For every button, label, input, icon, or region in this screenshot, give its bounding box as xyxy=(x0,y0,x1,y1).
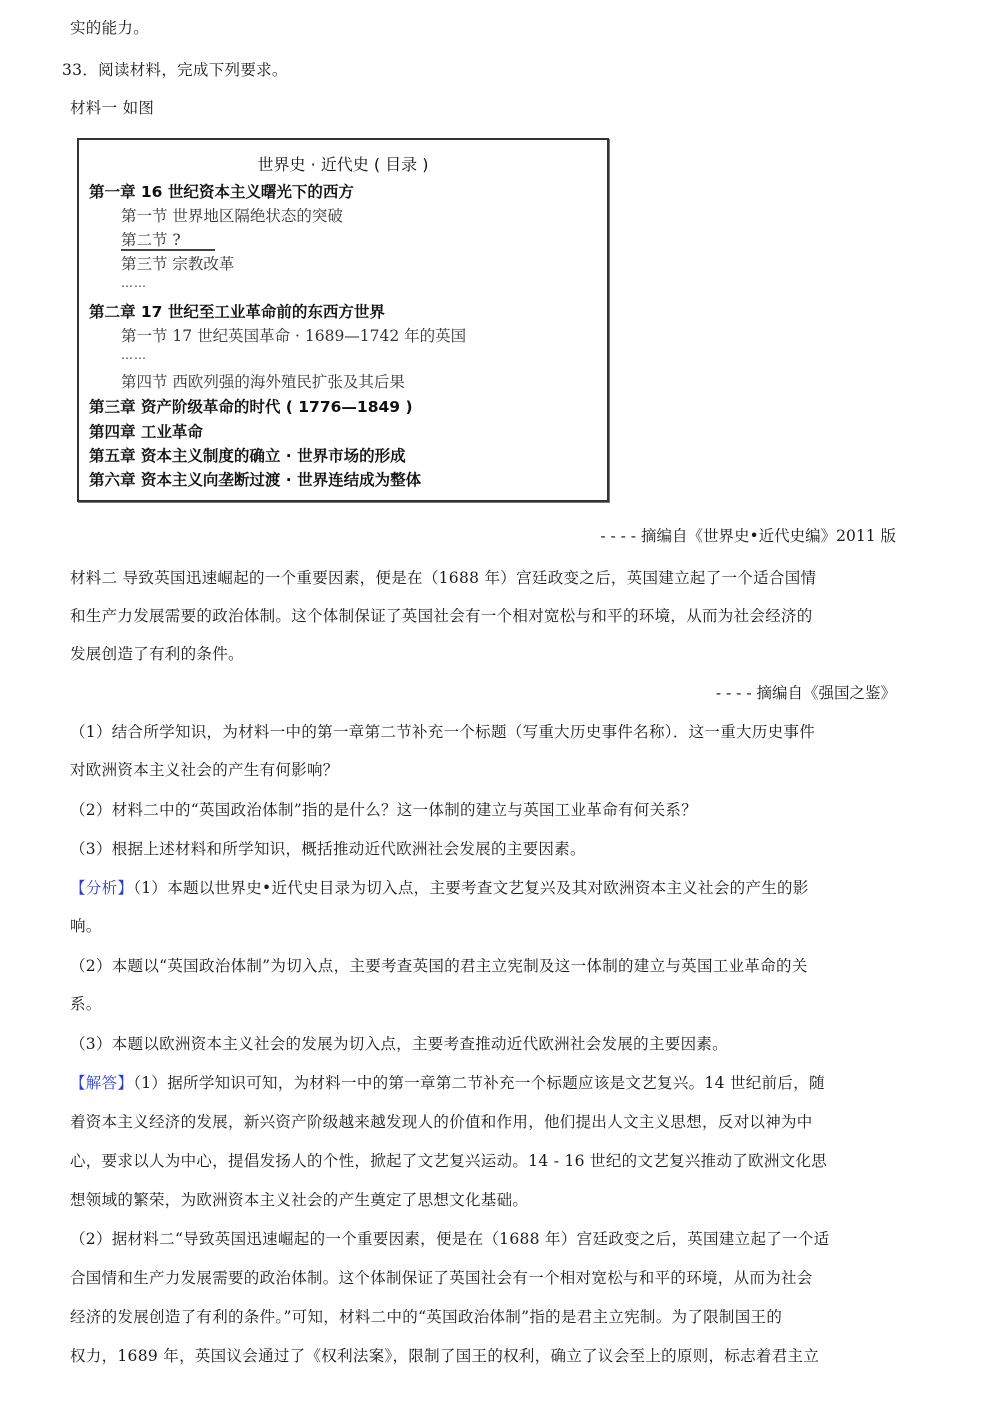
toc-chapter: 第一章 16 世纪资本主义曙光下的西方 xyxy=(89,180,354,202)
answer-line: 心，要求以人为中心，提倡发扬人的个性，掀起了文艺复兴运动。14 - 16 世纪的… xyxy=(70,1150,827,1172)
toc-title: 世界史 · 近代史 ( 目录 ) xyxy=(79,152,607,175)
previous-answer-tail: 实的能力。 xyxy=(70,17,149,39)
material-two-source: - - - - 摘编自《强国之鉴》 xyxy=(716,682,896,704)
question-number: 33． xyxy=(62,61,98,79)
analysis-text: （1）本题以世界史•近代史目录为切入点，主要考查文艺复兴及其对欧洲资本主义社会的… xyxy=(133,879,808,897)
material-one-source: - - - - 摘编自《世界史•近代史编》2011 版 xyxy=(600,525,896,547)
analysis-line: （3）本题以欧洲资本主义社会的发展为切入点，主要考查推动近代欧洲社会发展的主要因… xyxy=(70,1033,728,1055)
answer-line: 经济的发展创造了有利的条件。”可知，材料二中的“英国政治体制”指的是君主立宪制。… xyxy=(70,1306,782,1328)
answer-line: 合国情和生产力发展需要的政治体制。这个体制保证了英国社会有一个相对宽松与和平的环… xyxy=(70,1267,813,1289)
toc-section: 第四节 西欧列强的海外殖民扩张及其后果 xyxy=(121,370,405,392)
toc-blank-underline: 第二节 ? xyxy=(121,231,215,251)
analysis-line: 系。 xyxy=(70,993,102,1015)
sub-question-1: （1）结合所学知识，为材料一中的第一章第二节补充一个标题（写重大历史事件名称）．… xyxy=(70,721,815,743)
answer-line: 权力，1689 年，英国议会通过了《权利法案》，限制了国王的权利，确立了议会至上… xyxy=(70,1345,819,1367)
material-two-line: 发展创造了有利的条件。 xyxy=(70,643,244,665)
analysis-line: 响。 xyxy=(70,915,102,937)
answer-text: （1）据所学知识可知，为材料一中的第一章第二节补充一个标题应该是文艺复兴。14 … xyxy=(133,1074,825,1092)
answer-line: （2）据材料二“导致英国迅速崛起的一个重要因素，便是在（1688 年）宫廷政变之… xyxy=(70,1228,829,1250)
material-two-line: 材料二 导致英国迅速崛起的一个重要因素，便是在（1688 年）宫廷政变之后，英国… xyxy=(70,567,816,589)
material-two-line: 和生产力发展需要的政治体制。这个体制保证了英国社会有一个相对宽松与和平的环境，从… xyxy=(70,605,813,627)
analysis-tag: 【分析】 xyxy=(70,879,133,897)
toc-chapter: 第四章 工业革命 xyxy=(89,420,203,442)
toc-chapter: 第三章 资产阶级革命的时代 ( 1776—1849 ) xyxy=(89,395,413,417)
answer-line: 着资本主义经济的发展，新兴资产阶级越来越发现人的价值和作用，他们提出人文主义思想… xyxy=(70,1111,813,1133)
table-of-contents-figure: 世界史 · 近代史 ( 目录 ) 第一章 16 世纪资本主义曙光下的西方 第一节… xyxy=(77,138,609,502)
answer-line: 【解答】（1）据所学知识可知，为材料一中的第一章第二节补充一个标题应该是文艺复兴… xyxy=(70,1072,825,1094)
answer-line: 想领域的繁荣，为欧洲资本主义社会的产生奠定了思想文化基础。 xyxy=(70,1189,528,1211)
question-prompt: 阅读材料，完成下列要求。 xyxy=(98,61,288,79)
sub-question-2: （2）材料二中的“英国政治体制”指的是什么？这一体制的建立与英国工业革命有何关系… xyxy=(70,799,697,821)
answer-tag: 【解答】 xyxy=(70,1074,133,1092)
sub-question-3: （3）根据上述材料和所学知识，概括推动近代欧洲社会发展的主要因素。 xyxy=(70,838,586,860)
toc-chapter: 第六章 资本主义向垄断过渡 · 世界连结成为整体 xyxy=(89,468,421,490)
toc-ellipsis: …… xyxy=(121,276,147,290)
toc-section-blank: 第二节 ? xyxy=(121,228,215,250)
material-one-label: 材料一 如图 xyxy=(70,97,154,119)
toc-ellipsis: …… xyxy=(121,348,147,362)
toc-chapter: 第五章 资本主义制度的确立 · 世界市场的形成 xyxy=(89,444,406,466)
sub-question-1-cont: 对欧洲资本主义社会的产生有何影响？ xyxy=(70,759,339,781)
toc-section: 第一节 世界地区隔绝状态的突破 xyxy=(121,204,343,226)
analysis-line: （2）本题以“英国政治体制”为切入点，主要考查英国的君主立宪制及这一体制的建立与… xyxy=(70,955,808,977)
toc-section: 第三节 宗教改革 xyxy=(121,252,234,274)
analysis-line: 【分析】（1）本题以世界史•近代史目录为切入点，主要考查文艺复兴及其对欧洲资本主… xyxy=(70,877,809,899)
question-heading: 33．阅读材料，完成下列要求。 xyxy=(62,59,288,81)
toc-chapter: 第二章 17 世纪至工业革命前的东西方世界 xyxy=(89,300,385,322)
toc-section: 第一节 17 世纪英国革命 · 1689—1742 年的英国 xyxy=(121,324,466,346)
